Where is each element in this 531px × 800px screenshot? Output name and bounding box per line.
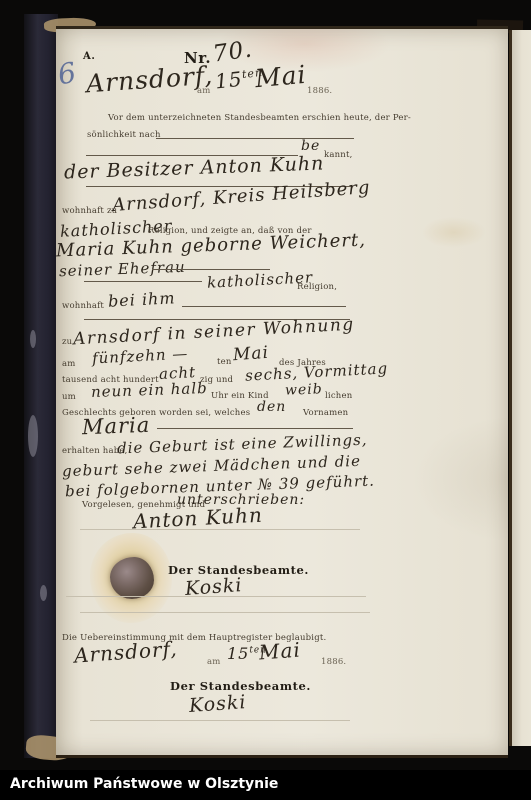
residence-value: Arnsdorf, Kreis Heilsberg (112, 177, 372, 216)
certification-month: Mai (258, 638, 301, 665)
record-place: Arnsdorf, (85, 61, 214, 99)
faint-rule (66, 596, 366, 597)
date-month: Mai (254, 60, 308, 93)
registrar-signature-2: Koski (188, 691, 247, 717)
date-am-label: am (197, 86, 211, 96)
scanned-register-photo: A. 6 Nr. 70. Arnsdorf, am 15ten Mai 1886… (0, 0, 531, 800)
register-page: A. 6 Nr. 70. Arnsdorf, am 15ten Mai 1886… (56, 26, 508, 758)
child-name: Maria (82, 413, 151, 439)
birthday-label: am (62, 359, 76, 369)
time-value: neun ein halb (91, 379, 208, 401)
residence2-label: wohnhaft (62, 301, 104, 311)
blank-rule (156, 138, 354, 139)
date-day-number: 15 (214, 67, 244, 94)
intro-line-1: Vor dem unterzeichneten Standesbeamten e… (108, 113, 411, 123)
time-label: um (62, 392, 76, 402)
known-handwritten: be (301, 138, 320, 154)
child-printed-2: lichen (325, 391, 352, 401)
spine-scuff (40, 585, 47, 601)
certification-am: am (207, 657, 221, 667)
faint-rule (80, 612, 370, 613)
date-year: 1886. (307, 86, 332, 96)
wax-seal (90, 533, 172, 623)
residence-label: wohnhaft zu (62, 206, 117, 216)
archival-page-number: 6 (55, 56, 79, 92)
birthplace-label: zu (62, 337, 72, 347)
faint-rule (90, 720, 350, 721)
certification-day-number: 15 (227, 644, 249, 663)
record-number-value: 70. (211, 36, 254, 67)
mother-religion-printed: Religion, (297, 282, 337, 292)
birthday-suffix: ten (217, 357, 232, 367)
known-printed: kannt, (324, 150, 353, 160)
blank-rule (182, 306, 346, 307)
child-sex-value: weib (285, 381, 323, 398)
birthmonth-value: Mai (232, 343, 269, 365)
wax-seal-core (110, 557, 154, 599)
child-article: den (257, 399, 286, 415)
certification-year: 1886. (321, 657, 346, 667)
residence2-value: bei ihm (108, 288, 176, 311)
declarant-name-line: der Besitzer Anton Kuhn (64, 152, 325, 183)
blank-rule (152, 269, 270, 270)
intro-line-2: sönlichkeit nach (87, 130, 161, 140)
adjacent-page-edge (509, 30, 531, 746)
blank-rule (157, 428, 353, 429)
form-corner-letter: A. (83, 51, 95, 62)
blank-rule (84, 281, 202, 282)
spine-scuff (30, 330, 36, 348)
book-spine (24, 14, 58, 758)
archive-name: Archiwum Państwowe w Olsztynie (10, 776, 278, 792)
child-printed-4: Vornamen (303, 408, 348, 418)
spine-scuff (28, 415, 38, 457)
archive-caption-bar: Archiwum Państwowe w Olsztynie (0, 770, 531, 800)
faint-rule (80, 529, 360, 530)
